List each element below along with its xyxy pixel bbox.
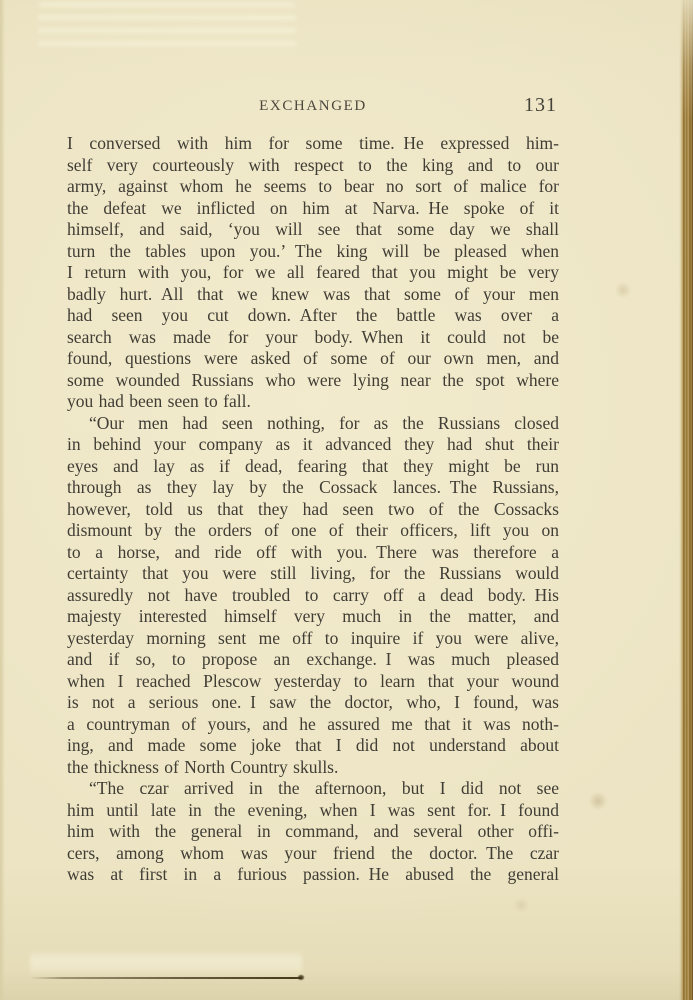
- text-line: himself, and said, ‘you will see that so…: [67, 219, 559, 241]
- running-title: EXCHANGED: [67, 98, 559, 115]
- text-line: however, told us that they had seen two …: [67, 499, 559, 521]
- text-line: in behind your company as it advanced th…: [67, 434, 559, 456]
- text-line: eyes and lay as if dead, fearing that th…: [67, 456, 559, 478]
- text-line: a countryman of yours, and he assured me…: [67, 714, 559, 736]
- text-line: to a horse, and ride off with you. There…: [67, 542, 559, 564]
- paragraph: “The czar arrived in the afternoon, but …: [67, 778, 559, 886]
- text-line: certainty that you were still living, fo…: [67, 563, 559, 585]
- text-line: majesty interested himself very much in …: [67, 606, 559, 628]
- text-line: him until late in the evening, when I wa…: [67, 800, 559, 822]
- text-line: is not a serious one. I saw the doctor, …: [67, 692, 559, 714]
- page-body: I conversed with him for some time. He e…: [67, 133, 559, 886]
- text-line: turn the tables upon you.’ The king will…: [67, 241, 559, 263]
- paragraph: I conversed with him for some time. He e…: [67, 133, 559, 413]
- right-page-edges: [679, 0, 693, 1000]
- text-line: ing, and made some joke that I did not u…: [67, 735, 559, 757]
- book-page-scan: EXCHANGED 131 I conversed with him for s…: [0, 0, 693, 1000]
- text-line: “The czar arrived in the afternoon, but …: [67, 778, 559, 800]
- text-line: cers, among whom was your friend the doc…: [67, 843, 559, 865]
- text-line: some wounded Russians who were lying nea…: [67, 370, 559, 392]
- text-line: when I reached Plescow yesterday to lear…: [67, 671, 559, 693]
- text-line: was at first in a furious passion. He ab…: [67, 864, 559, 886]
- page-number: 131: [524, 94, 557, 117]
- text-line: “Our men had seen nothing, for as the Ru…: [67, 413, 559, 435]
- foxing-spot: [588, 792, 608, 810]
- text-line: through as they lay by the Cossack lance…: [67, 477, 559, 499]
- text-line: yesterday morning sent me off to inquire…: [67, 628, 559, 650]
- text-line: the thickness of North Country skulls.: [67, 757, 559, 779]
- text-line: badly hurt. All that we knew was that so…: [67, 284, 559, 306]
- text-line: him with the general in command, and sev…: [67, 821, 559, 843]
- text-line: found, questions were asked of some of o…: [67, 348, 559, 370]
- text-line: and if so, to propose an exchange. I was…: [67, 649, 559, 671]
- text-line: I return with you, for we all feared tha…: [67, 262, 559, 284]
- paragraph: “Our men had seen nothing, for as the Ru…: [67, 413, 559, 779]
- text-line: had seen you cut down. After the battle …: [67, 305, 559, 327]
- text-line: search was made for your body. When it c…: [67, 327, 559, 349]
- text-line: army, against whom he seems to bear no s…: [67, 176, 559, 198]
- running-header: EXCHANGED 131: [67, 96, 559, 118]
- text-line: dismount by the orders of one of their o…: [67, 520, 559, 542]
- text-line: assuredly not have troubled to carry off…: [67, 585, 559, 607]
- text-line: the defeat we inflicted on him at Narva.…: [67, 198, 559, 220]
- text-line: I conversed with him for some time. He e…: [67, 133, 559, 155]
- left-page-edge: [0, 0, 5, 1000]
- text-line: self very courteously with respect to th…: [67, 155, 559, 177]
- text-line: you had been seen to fall.: [67, 391, 559, 413]
- printed-page-content: EXCHANGED 131 I conversed with him for s…: [67, 0, 559, 1000]
- foxing-spot: [614, 282, 632, 298]
